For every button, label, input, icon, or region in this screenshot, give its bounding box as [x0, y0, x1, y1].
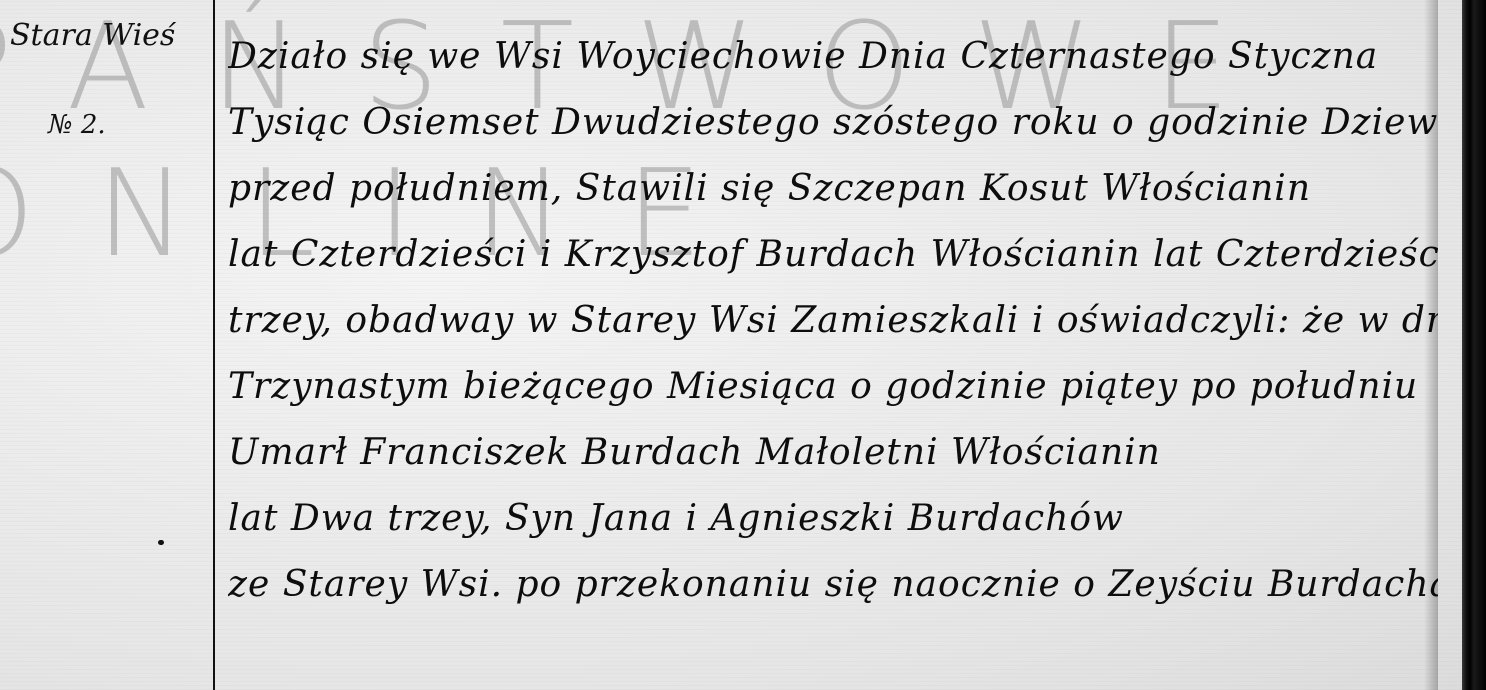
binding-shadow — [1424, 0, 1438, 690]
record-line: lat Czterdzieści i Krzysztof Burdach Wło… — [228, 222, 1438, 288]
record-line: lat Dwa trzey, Syn Jana i Agnieszki Burd… — [228, 486, 1438, 552]
record-line: ze Starey Wsi. po przekonaniu się naoczn… — [228, 552, 1438, 618]
margin-place-name: Stara Wieś — [10, 18, 175, 53]
record-line: przed południem, Stawili się Szczepan Ko… — [228, 156, 1438, 222]
book-binding-edge — [1462, 0, 1486, 690]
record-line: Trzynastym bieżącego Miesiąca o godzinie… — [228, 354, 1438, 420]
record-line: trzey, obadway w Starey Wsi Zamieszkali … — [228, 288, 1438, 354]
scanned-page: PAŃSTWOWE ONLINE Stara Wieś № 2. Działo … — [0, 0, 1462, 690]
record-body: Działo się we Wsi Woyciechowie Dnia Czte… — [228, 24, 1438, 618]
record-line: Umarł Franciszek Burdach Małoletni Włośc… — [228, 420, 1438, 486]
record-line: Tysiąc Osiemset Dwudziestego szóstego ro… — [228, 90, 1438, 156]
ink-spot — [158, 540, 164, 545]
margin-entry-number: № 2. — [48, 110, 106, 140]
record-line: Działo się we Wsi Woyciechowie Dnia Czte… — [228, 24, 1438, 90]
margin-rule-line — [213, 0, 215, 690]
